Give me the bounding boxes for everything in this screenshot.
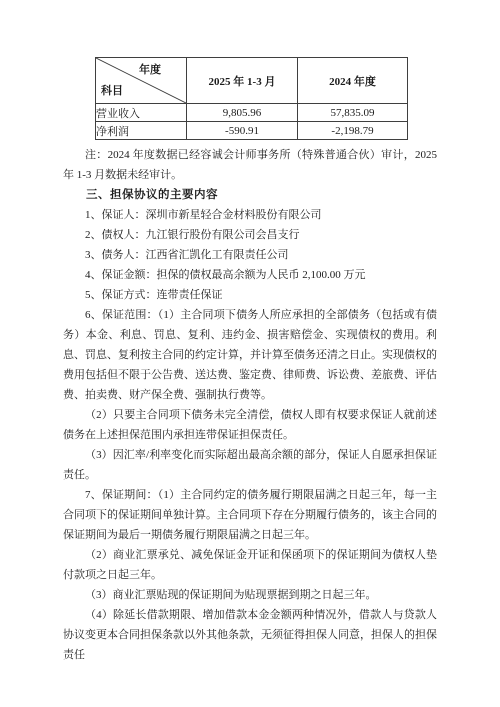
net-profit-2024-value: -2,198.79 xyxy=(298,122,408,140)
paragraph-debtor: 3、债务人：江西省汇凯化工有限责任公司 xyxy=(63,245,437,265)
financial-summary-table: 年度 科目 2025 年 1-3 月 2024 年度 营业收入 9,805.96… xyxy=(95,57,408,140)
paragraph-creditor: 2、债权人：九江银行股份有限公司会昌支行 xyxy=(63,225,437,245)
corner-label-subject: 科目 xyxy=(101,82,123,98)
audit-note: 注：2024 年度数据已经容诚会计师事务所（特殊普通合伙）审计，2025 年 1… xyxy=(63,145,437,185)
paragraph-guarantee-amount: 4、保证金额：担保的债权最高余额为人民币 2,100.00 万元 xyxy=(63,265,437,285)
paragraph-guarantor: 1、保证人：深圳市新星轻合金材料股份有限公司 xyxy=(63,205,437,225)
document-content: 年度 科目 2025 年 1-3 月 2024 年度 营业收入 9,805.96… xyxy=(63,57,437,665)
paragraph-guarantee-scope-3: （3）因汇率/利率变化而实际超出最高余额的部分，保证人自愿承担保证责任。 xyxy=(63,445,437,485)
section-heading: 三、担保协议的主要内容 xyxy=(63,185,437,205)
paragraph-guarantee-period-3: （3）商业汇票贴现的保证期间为贴现票据到期之日起三年。 xyxy=(63,585,437,605)
revenue-2025-value: 9,805.96 xyxy=(187,104,298,122)
row-label-net-profit: 净利润 xyxy=(96,122,187,140)
paragraph-guarantee-scope-2: （2）只要主合同项下债务未完全清偿，债权人即有权要求保证人就前述债务在上述担保范… xyxy=(63,405,437,445)
corner-label-year: 年度 xyxy=(139,61,161,77)
paragraph-guarantee-method: 5、保证方式：连带责任保证 xyxy=(63,285,437,305)
column-header-2024: 2024 年度 xyxy=(298,58,408,104)
net-profit-2025-value: -590.91 xyxy=(187,122,298,140)
table-header-row: 年度 科目 2025 年 1-3 月 2024 年度 xyxy=(96,58,408,104)
column-header-2025: 2025 年 1-3 月 xyxy=(187,58,298,104)
table-row-revenue: 营业收入 9,805.96 57,835.09 xyxy=(96,104,408,122)
document-page: 年度 科目 2025 年 1-3 月 2024 年度 营业收入 9,805.96… xyxy=(0,0,500,707)
row-label-revenue: 营业收入 xyxy=(96,104,187,122)
paragraph-guarantee-period-1: 7、保证期间：（1）主合同约定的债务履行期限届满之日起三年，每一主合同项下的保证… xyxy=(63,485,437,545)
paragraph-guarantee-period-4: （4）除延长借款期限、增加借款本金金额两种情况外，借款人与贷款人协议变更本合同担… xyxy=(63,605,437,665)
paragraph-guarantee-period-2: （2）商业汇票承兑、减免保证金开证和保函项下的保证期间为债权人垫付款项之日起三年… xyxy=(63,545,437,585)
table-corner-cell: 年度 科目 xyxy=(96,58,187,104)
revenue-2024-value: 57,835.09 xyxy=(298,104,408,122)
paragraph-guarantee-scope-1: 6、保证范围：（1）主合同项下债务人所应承担的全部债务（包括或有债务）本金、利息… xyxy=(63,305,437,405)
table-row-net-profit: 净利润 -590.91 -2,198.79 xyxy=(96,122,408,140)
